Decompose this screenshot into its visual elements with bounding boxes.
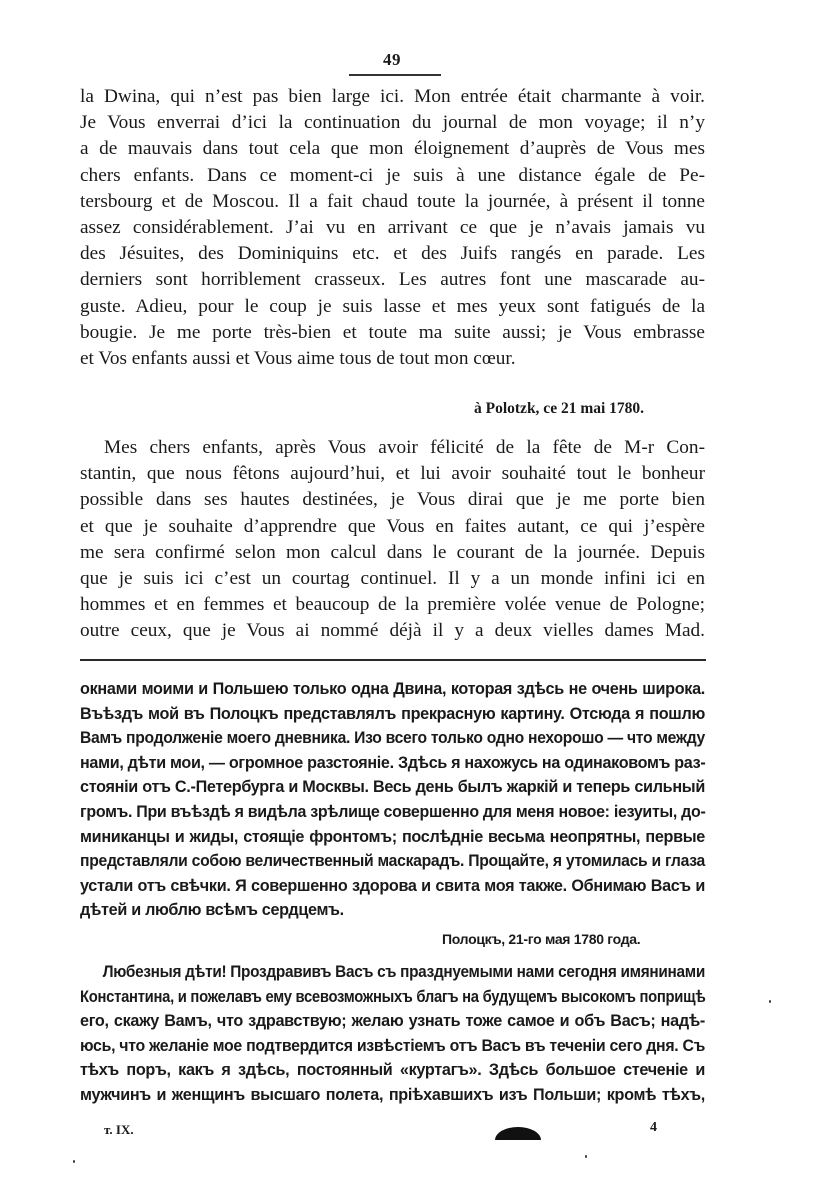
text-line: устали отъ свѣчки. Я совершенно здорова … — [80, 874, 705, 899]
text-line: guste. Adieu, pour le coup je suis lasse… — [80, 294, 705, 320]
text-line: мужчинъ и женщинъ высшаго полета, пріѣха… — [80, 1083, 705, 1108]
translation-separator-rule — [80, 659, 706, 661]
page-number: 49 — [0, 50, 784, 70]
scan-speck — [73, 1160, 75, 1163]
text-line: окнами моими и Польшею только одна Двина… — [80, 677, 705, 702]
text-line: громъ. При въѣздѣ я видѣла зрѣлище совер… — [80, 800, 705, 825]
text-line: стояніи отъ С.-Петербурга и Москвы. Весь… — [80, 775, 705, 800]
text-line: Въѣздъ мой въ Полоцкъ представлялъ прекр… — [80, 702, 705, 727]
text-line: юсь, что желаніе мое подтвердится извѣст… — [80, 1034, 705, 1059]
russian-dateline: Полоцкъ, 21-го мая 1780 года. — [442, 931, 640, 947]
text-line: la Dwina, qui n’est pas bien large ici. … — [80, 84, 705, 110]
page-number-rule — [349, 74, 441, 76]
text-line: Любезныя дѣти! Проздравивъ Васъ съ празд… — [80, 960, 705, 985]
text-line: нами, дѣти мои, — огромное разстояніе. З… — [80, 751, 705, 776]
french-dateline: à Polotzk, ce 21 mai 1780. — [474, 400, 644, 418]
russian-paragraph-2: Любезныя дѣти! Проздравивъ Васъ съ празд… — [80, 960, 705, 1108]
text-line: bougie. Je me porte très-bien et toute m… — [80, 320, 705, 346]
text-line: миниканцы и жиды, стоящіе фронтомъ; посл… — [80, 825, 705, 850]
text-line: assez considérablement. J’ai vu en arriv… — [80, 215, 705, 241]
text-line: outre ceux, que je Vous ai nommé déjà il… — [80, 618, 705, 644]
french-paragraph-1: la Dwina, qui n’est pas bien large ici. … — [80, 84, 705, 372]
text-line: et Vos enfants aussi et Vous aime tous d… — [80, 346, 705, 372]
text-line: que je suis ici c’est un courtag continu… — [80, 566, 705, 592]
text-line: chers enfants. Dans ce moment-ci je suis… — [80, 163, 705, 189]
text-line: представляли собою величественный маскар… — [80, 849, 705, 874]
text-line: a de mauvais dans tout cela que mon éloi… — [80, 136, 705, 162]
text-line: Mes chers enfants, après Vous avoir féli… — [80, 435, 705, 461]
text-line: тѣхъ поръ, какъ я здѣсь, постоянный «кур… — [80, 1058, 705, 1083]
text-line: me sera confirmé selon mon calcul dans l… — [80, 540, 705, 566]
text-line: des Jésuites, des Dominiquins etc. et de… — [80, 241, 705, 267]
scan-speck — [769, 1000, 771, 1003]
text-line: stantin, que nous fêtons aujourd’hui, et… — [80, 461, 705, 487]
scan-speck — [585, 1155, 587, 1158]
russian-paragraph-1: окнами моими и Польшею только одна Двина… — [80, 677, 705, 923]
text-line: derniers sont horriblement crasseux. Les… — [80, 267, 705, 293]
text-line: et que je souhaite d’apprendre que Vous … — [80, 514, 705, 540]
text-line: tersbourg et de Moscou. Il a fait chaud … — [80, 189, 705, 215]
text-line: Je Vous enverrai d’ici la continuation d… — [80, 110, 705, 136]
text-line: Константина, и пожелавъ ему всевозможных… — [80, 985, 705, 1010]
ink-blot-ornament-icon — [495, 1127, 541, 1140]
footer-volume-label: т. IX. — [104, 1122, 134, 1138]
french-paragraph-2: Mes chers enfants, après Vous avoir féli… — [80, 435, 705, 645]
footer-signature-mark: 4 — [650, 1120, 657, 1136]
text-line: его, скажу Вамъ, что здравствую; желаю у… — [80, 1009, 705, 1034]
text-line: дѣтей и люблю всѣмъ сердцемъ. — [80, 898, 705, 923]
text-line: Вамъ продолженіе моего дневника. Изо все… — [80, 726, 705, 751]
text-line: possible dans ses hautes destinées, je V… — [80, 487, 705, 513]
text-line: hommes et en femmes et beaucoup de la pr… — [80, 592, 705, 618]
